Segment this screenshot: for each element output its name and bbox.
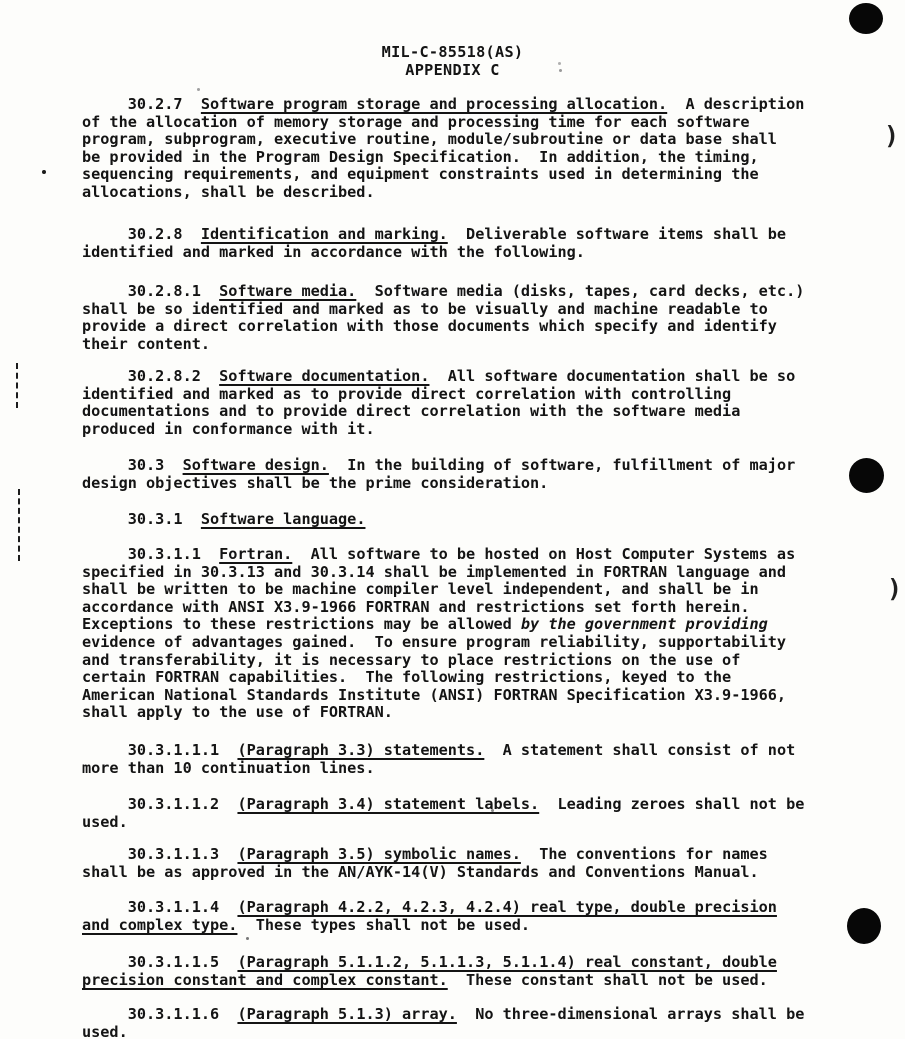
paragraph-text: 30.3.1.1.5 (82, 953, 237, 971)
ink-speck (559, 69, 562, 72)
section-heading: (Paragraph 5.1.3) array. (237, 1005, 456, 1023)
margin-line-mark (18, 489, 20, 561)
paragraph-text: 30.2.8.2 (82, 367, 219, 385)
section-heading: Software media. (219, 282, 356, 300)
hole-punch-mark (849, 458, 884, 493)
paragraph-text: 30.3 (82, 456, 183, 474)
ink-speck (491, 809, 494, 812)
paragraph-text: These constant shall not be used. (448, 971, 768, 989)
paragraph: 30.3.1.1.6 (Paragraph 5.1.3) array. No t… (82, 1006, 860, 1039)
paragraph-text: 30.2.8.1 (82, 282, 219, 300)
section-heading: Software program storage and processing … (201, 95, 667, 113)
paragraph-text: 30.3.1 (82, 510, 201, 528)
paragraph-text: evidence of advantages gained. To ensure… (82, 633, 786, 721)
paragraph: 30.3.1.1.3 (Paragraph 3.5) symbolic name… (82, 846, 860, 881)
paragraph: 30.3.1.1.4 (Paragraph 4.2.2, 4.2.3, 4.2.… (82, 899, 860, 934)
spec-id: MIL-C-85518(AS) (82, 44, 823, 62)
ink-speck (246, 937, 249, 940)
paragraph-text: 30.3.1.1.4 (82, 898, 237, 916)
stray-paren-mark: ) (887, 576, 902, 601)
appendix-title: APPENDIX C (82, 62, 823, 80)
paragraph-text: 30.2.7 (82, 95, 201, 113)
paragraph-text: 30.3.1.1.6 (82, 1005, 237, 1023)
paragraph: 30.3 Software design. In the building of… (82, 457, 860, 492)
scanned-document-page: MIL-C-85518(AS) APPENDIX C 30.2.7 Softwa… (0, 0, 905, 1039)
stray-paren-mark: ) (884, 123, 899, 148)
paragraph-text: 30.2.8 (82, 225, 201, 243)
paragraph-text: 30.3.1.1.3 (82, 845, 237, 863)
margin-line-mark (16, 363, 18, 408)
section-heading: (Paragraph 3.3) statements. (237, 741, 484, 759)
paragraph: 30.2.8 Identification and marking. Deliv… (82, 226, 860, 261)
section-heading: (Paragraph 3.5) symbolic names. (237, 845, 520, 863)
paragraph: 30.3.1 Software language. (82, 511, 860, 529)
ink-speck (558, 62, 561, 65)
section-heading: Identification and marking. (201, 225, 448, 243)
paragraph-text: by the government providing (521, 615, 768, 633)
paragraph: 30.2.8.1 Software media. Software media … (82, 283, 860, 353)
paragraph-text: 30.3.1.1.1 (82, 741, 237, 759)
paragraph: 30.3.1.1.5 (Paragraph 5.1.1.2, 5.1.1.3, … (82, 954, 860, 989)
paragraph-text: 30.3.1.1 (82, 545, 219, 563)
paragraph: 30.3.1.1.2 (Paragraph 3.4) statement lab… (82, 796, 860, 831)
ink-speck (197, 88, 200, 91)
section-heading: Software documentation. (219, 367, 429, 385)
paragraph: 30.3.1.1 Fortran. All software to be hos… (82, 546, 860, 722)
paragraph-text: These types shall not be used. (237, 916, 530, 934)
paragraph: 30.2.7 Software program storage and proc… (82, 96, 860, 202)
paragraph: 30.2.8.2 Software documentation. All sof… (82, 368, 860, 438)
hole-punch-mark (849, 3, 883, 34)
section-heading: Software language. (201, 510, 366, 528)
section-heading: Software design. (183, 456, 329, 474)
hole-punch-mark (847, 908, 881, 944)
ink-speck (42, 170, 46, 174)
paragraph-text: 30.3.1.1.2 (82, 795, 237, 813)
page-header: MIL-C-85518(AS) APPENDIX C (82, 44, 823, 79)
paragraph: 30.3.1.1.1 (Paragraph 3.3) statements. A… (82, 742, 860, 777)
section-heading: Fortran. (219, 545, 292, 563)
